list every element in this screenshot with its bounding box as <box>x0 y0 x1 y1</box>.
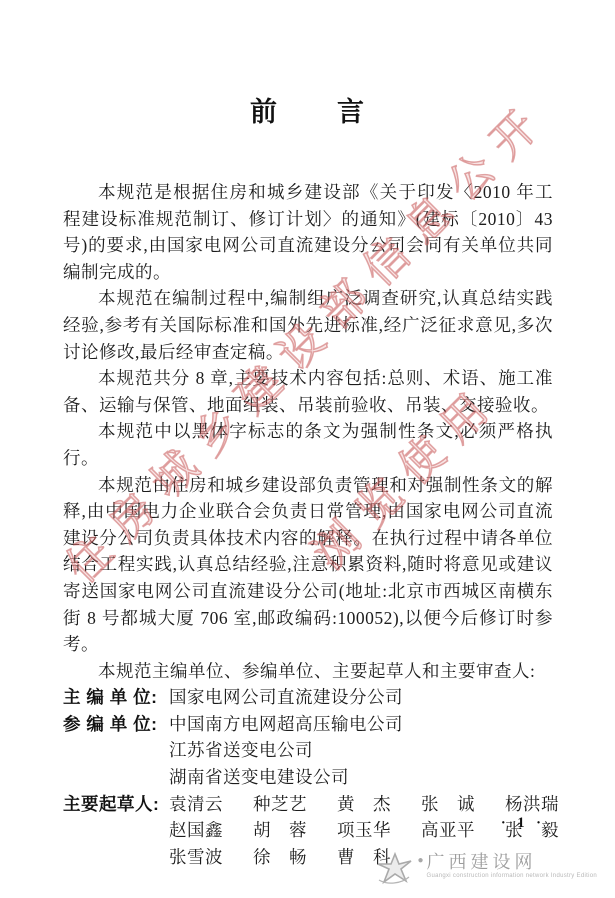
drafter-name: 徐 畅 <box>253 844 308 871</box>
logo-site-name: 广西建设网 <box>426 852 597 872</box>
logo-dot: ● <box>417 856 423 866</box>
paragraph: 本规范是根据住房和城乡建设部《关于印发〈2010 年工程建设标准规范制订、修订计… <box>63 179 553 285</box>
drafter-name: 高亚平 <box>421 817 476 844</box>
co-editor-value: 江苏省送变电公司 <box>169 737 553 764</box>
drafter-name: 胡 蓉 <box>253 817 308 844</box>
chief-editor-label: 主 编 单 位: <box>63 684 169 711</box>
page-number: · 1 · <box>501 815 545 832</box>
document-page: 住房城乡建设部信息公开 浏览使用 前 言 本规范是根据住房和城乡建设部《关于印发… <box>0 0 615 898</box>
co-editor-label: 参 编 单 位: <box>63 711 169 738</box>
paragraph: 本规范共分 8 章,主要技术内容包括:总则、术语、施工准备、运输与保管、地面组装… <box>63 365 553 418</box>
co-editor-row: 参 编 单 位: 中国南方电网超高压输电公司 <box>63 711 553 738</box>
drafters-label: 主要起草人: <box>63 791 169 818</box>
drafter-name: 项玉华 <box>337 817 392 844</box>
paragraph: 本规范由住房和城乡建设部负责管理和对强制性条文的解释,由中国电力企业联合会负责日… <box>63 472 553 658</box>
drafters-row: 主要起草人: 袁清云 种芝艺 黄 杰 张 诚 杨洪瑞 <box>63 791 553 818</box>
drafter-name: 种芝艺 <box>253 791 308 818</box>
chief-editor-value: 国家电网公司直流建设分公司 <box>169 684 553 711</box>
paragraph: 本规范中以黑体字标志的条文为强制性条文,必须严格执行。 <box>63 418 553 471</box>
paragraph: 本规范主编单位、参编单位、主要起草人和主要审查人: <box>63 658 553 685</box>
chief-editor-row: 主 编 单 位: 国家电网公司直流建设分公司 <box>63 684 553 711</box>
drafter-name: 袁清云 <box>169 791 224 818</box>
paragraph: 本规范在编制过程中,编制组广泛调查研究,认真总结实践经验,参考有关国际标准和国外… <box>63 285 553 365</box>
drafter-name: 黄 杰 <box>337 791 392 818</box>
logo-tagline: Guangxi construction information network… <box>426 872 597 880</box>
body-paragraphs: 本规范是根据住房和城乡建设部《关于印发〈2010 年工程建设标准规范制订、修订计… <box>63 179 553 684</box>
page-title: 前 言 <box>63 97 553 127</box>
co-editor-value: 湖南省送变电建设公司 <box>169 764 553 791</box>
star-icon <box>375 852 415 886</box>
co-editor-row: 湖南省送变电建设公司 <box>63 764 553 791</box>
drafter-name: 张 诚 <box>421 791 476 818</box>
page-content: 前 言 本规范是根据住房和城乡建设部《关于印发〈2010 年工程建设标准规范制订… <box>63 0 553 870</box>
site-logo: ● 广西建设网 Guangxi construction information… <box>375 852 597 886</box>
drafter-name: 赵国鑫 <box>169 817 224 844</box>
drafters-row: 赵国鑫 胡 蓉 项玉华 高亚平 张 毅 <box>63 817 553 844</box>
drafter-name: 张雪波 <box>169 844 224 871</box>
co-editor-value: 中国南方电网超高压输电公司 <box>169 711 553 738</box>
co-editor-row: 江苏省送变电公司 <box>63 737 553 764</box>
drafter-name: 杨洪瑞 <box>505 791 560 818</box>
